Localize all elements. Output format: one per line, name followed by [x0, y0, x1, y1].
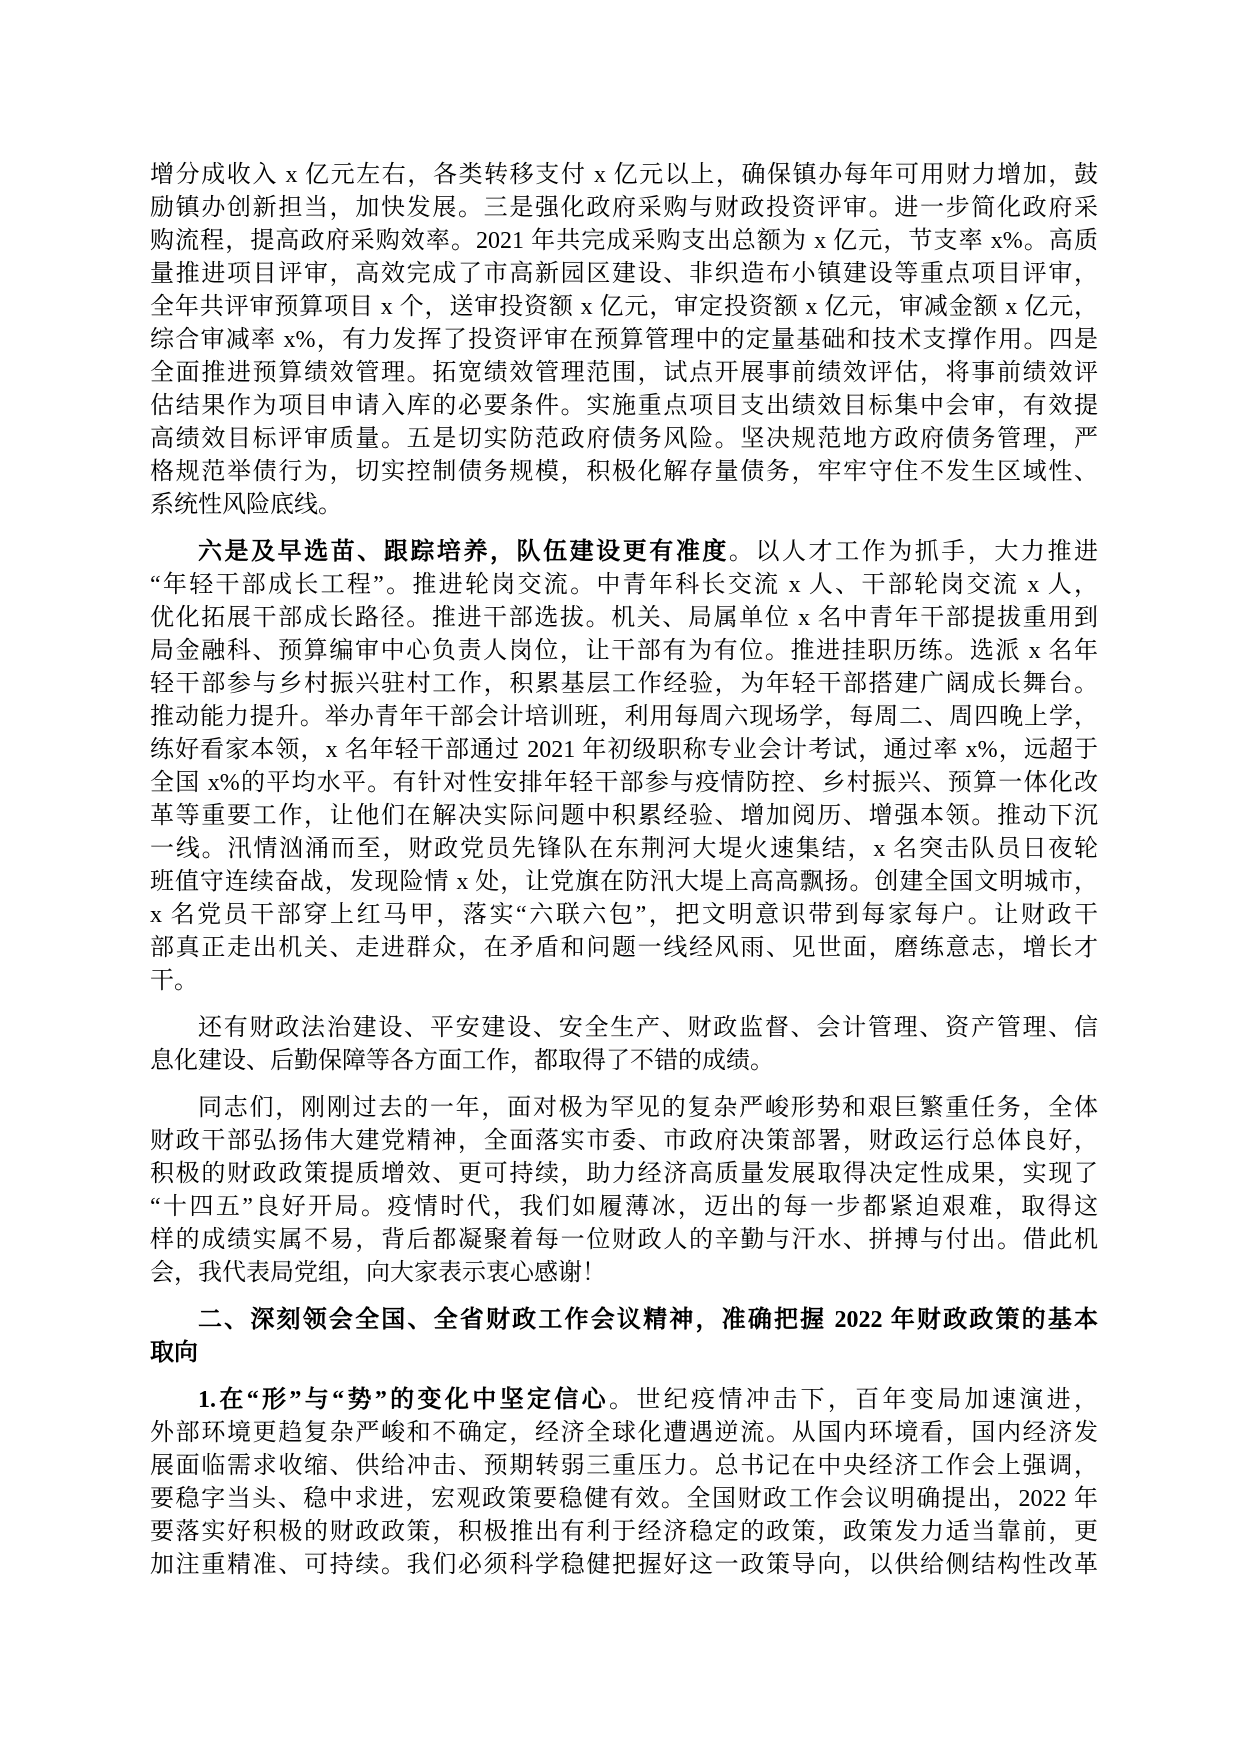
text-line: 加注重精准、可持续。我们必须科学稳健把握好这一政策导向，以供给侧结构性改革: [150, 1549, 1098, 1582]
text-run: 财政干部弘扬伟大建党精神，全面落实市委、市政府决策部署，财政运行总体良好，: [150, 1128, 1098, 1154]
text-run: 局金融科、预算编审中心负责人岗位，让干部有为有位。推进挂职历练。选派 x 名年: [150, 638, 1098, 664]
text-line: 外部环境更趋复杂严峻和不确定，经济全球化遭遇逆流。从国内环境看，国内经济发: [150, 1417, 1098, 1450]
text-line: 同志们，刚刚过去的一年，面对极为罕见的复杂严峻形势和艰巨繁重任务，全体: [150, 1092, 1098, 1125]
text-run: 。以人才工作为抓手，大力推进: [729, 539, 1098, 565]
text-line: 展面临需求收缩、供给冲击、预期转弱三重压力。总书记在中央经济工作会上强调，: [150, 1450, 1098, 1483]
text-run: “十四五”良好开局。疫情时代，我们如履薄冰，迈出的每一步都紧迫艰难，取得这: [150, 1194, 1098, 1220]
text-run: 班值守连续奋战，发现险情 x 处，让党旗在防汛大堤上高高飘扬。创建全国文明城市，: [150, 869, 1098, 895]
text-line: 会，我代表局党组，向大家表示衷心感谢！: [150, 1257, 1098, 1290]
text-line: “年轻干部成长工程”。推进轮岗交流。中青年科长交流 x 人、干部轮岗交流 x 人…: [150, 569, 1098, 602]
text-line: 高绩效目标评审质量。五是切实防范政府债务风险。坚决规范地方政府债务管理，严: [150, 423, 1098, 456]
text-run: 励镇办创新担当，加快发展。三是强化政府采购与财政投资评审。进一步简化政府采: [150, 195, 1098, 221]
text-line: 积极的财政政策提质增效、更可持续，助力经济高质量发展取得决定性成果，实现了: [150, 1158, 1098, 1191]
text-run: 高绩效目标评审质量。五是切实防范政府债务风险。坚决规范地方政府债务管理，严: [150, 426, 1098, 452]
text-line: 励镇办创新担当，加快发展。三是强化政府采购与财政投资评审。进一步简化政府采: [150, 192, 1098, 225]
text-run: “年轻干部成长工程”。推进轮岗交流。中青年科长交流 x 人、干部轮岗交流 x 人…: [150, 572, 1098, 598]
text-run: 息化建设、后勤保障等各方面工作，都取得了不错的成绩。: [150, 1048, 774, 1074]
text-line: 要落实好积极的财政政策，积极推出有利于经济稳定的政策，政策发力适当靠前，更: [150, 1516, 1098, 1549]
text-line: 取向: [150, 1337, 1098, 1370]
text-run: 格规范举债行为，切实控制债务规模，积极化解存量债务，牢牢守住不发生区域性、: [150, 459, 1098, 485]
text-line: 购流程，提高政府采购效率。2021 年共完成采购支出总额为 x 亿元，节支率 x…: [150, 225, 1098, 258]
text-run: 推动能力提升。举办青年干部会计培训班，利用每周六现场学，每周二、周四晚上学，: [150, 704, 1098, 730]
text-line: 班值守连续奋战，发现险情 x 处，让党旗在防汛大堤上高高飘扬。创建全国文明城市，: [150, 866, 1098, 899]
text-line: 部真正走出机关、走进群众，在矛盾和问题一线经风雨、见世面，磨练意志，增长才: [150, 932, 1098, 965]
text-run: 积极的财政政策提质增效、更可持续，助力经济高质量发展取得决定性成果，实现了: [150, 1161, 1098, 1187]
text-line: 息化建设、后勤保障等各方面工作，都取得了不错的成绩。: [150, 1045, 1098, 1078]
text-line: 轻干部参与乡村振兴驻村工作，积累基层工作经验，为年轻干部搭建广阔成长舞台。: [150, 668, 1098, 701]
text-run: 同志们，刚刚过去的一年，面对极为罕见的复杂严峻形势和艰巨繁重任务，全体: [198, 1095, 1098, 1121]
text-line: 革等重要工作，让他们在解决实际问题中积累经验、增加阅历、增强本领。推动下沉: [150, 800, 1098, 833]
text-line: 要稳字当头、稳中求进，宏观政策要稳健有效。全国财政工作会议明确提出，2022 年: [150, 1483, 1098, 1516]
paragraph-thanks-summary: 同志们，刚刚过去的一年，面对极为罕见的复杂严峻形势和艰巨繁重任务，全体财政干部弘…: [150, 1092, 1098, 1290]
paragraph-point-1-confidence: 1.在“形”与“势”的变化中坚定信心。世纪疫情冲击下，百年变局加速演进，外部环境…: [150, 1384, 1098, 1582]
document-page: 增分成收入 x 亿元左右，各类转移支付 x 亿元以上，确保镇办每年可用财力增加，…: [0, 0, 1240, 1754]
text-line: 六是及早选苗、跟踪培养，队伍建设更有准度。以人才工作为抓手，大力推进: [150, 536, 1098, 569]
text-run: 外部环境更趋复杂严峻和不确定，经济全球化遭遇逆流。从国内环境看，国内经济发: [150, 1420, 1098, 1446]
text-run: 优化拓展干部成长路径。推进干部选拔。机关、局属单位 x 名中青年干部提拔重用到: [150, 605, 1098, 631]
text-run: 系统性风险底线。: [150, 492, 342, 518]
text-line: “十四五”良好开局。疫情时代，我们如履薄冰，迈出的每一步都紧迫艰难，取得这: [150, 1191, 1098, 1224]
text-line: 练好看家本领，x 名年轻干部通过 2021 年初级职称专业会计考试，通过率 x%…: [150, 734, 1098, 767]
text-run: 会，我代表局党组，向大家表示衷心感谢！: [150, 1260, 606, 1286]
text-line: 综合审减率 x%，有力发挥了投资评审在预算管理中的定量基础和技术支撑作用。四是: [150, 324, 1098, 357]
text-line: 一线。汛情汹涌而至，财政党员先锋队在东荆河大堤火速集结，x 名突击队员日夜轮: [150, 833, 1098, 866]
bold-text-run: 1.在“形”与“势”的变化中坚定信心: [198, 1387, 609, 1413]
text-line: 局金融科、预算编审中心负责人岗位，让干部有为有位。推进挂职历练。选派 x 名年: [150, 635, 1098, 668]
heading-section-2: 二、深刻领会全国、全省财政工作会议精神，准确把握 2022 年财政政策的基本取向: [150, 1304, 1098, 1370]
text-line: 增分成收入 x 亿元左右，各类转移支付 x 亿元以上，确保镇办每年可用财力增加，…: [150, 159, 1098, 192]
text-line: 量推进项目评审，高效完成了市高新园区建设、非织造布小镇建设等重点项目评审，: [150, 258, 1098, 291]
text-run: 全国 x%的平均水平。有针对性安排年轻干部参与疫情防控、乡村振兴、预算一体化改: [150, 770, 1098, 796]
text-run: 全年共评审预算项目 x 个，送审投资额 x 亿元，审定投资额 x 亿元，审减金额…: [150, 294, 1098, 320]
text-run: 。世纪疫情冲击下，百年变局加速演进，: [609, 1387, 1098, 1413]
text-run: 增分成收入 x 亿元左右，各类转移支付 x 亿元以上，确保镇办每年可用财力增加，…: [150, 162, 1098, 188]
text-line: 干。: [150, 965, 1098, 998]
text-run: 全面推进预算绩效管理。拓宽绩效管理范围，试点开展事前绩效评估，将事前绩效评: [150, 360, 1098, 386]
text-line: 财政干部弘扬伟大建党精神，全面落实市委、市政府决策部署，财政运行总体良好，: [150, 1125, 1098, 1158]
text-line: 估结果作为项目申请入库的必要条件。实施重点项目支出绩效目标集中会审，有效提: [150, 390, 1098, 423]
text-line: 格规范举债行为，切实控制债务规模，积极化解存量债务，牢牢守住不发生区域性、: [150, 456, 1098, 489]
bold-text-run: 取向: [150, 1340, 198, 1366]
text-line: 全面推进预算绩效管理。拓宽绩效管理范围，试点开展事前绩效评估，将事前绩效评: [150, 357, 1098, 390]
text-run: 干。: [150, 968, 198, 994]
text-line: x 名党员干部穿上红马甲，落实“六联六包”，把文明意识带到每家每户。让财政干: [150, 899, 1098, 932]
text-run: 展面临需求收缩、供给冲击、预期转弱三重压力。总书记在中央经济工作会上强调，: [150, 1453, 1098, 1479]
bold-text-run: 二、深刻领会全国、全省财政工作会议精神，准确把握 2022 年财政政策的基本: [198, 1307, 1098, 1333]
text-run: 加注重精准、可持续。我们必须科学稳健把握好这一政策导向，以供给侧结构性改革: [150, 1552, 1098, 1578]
text-run: 综合审减率 x%，有力发挥了投资评审在预算管理中的定量基础和技术支撑作用。四是: [150, 327, 1098, 353]
text-run: 估结果作为项目申请入库的必要条件。实施重点项目支出绩效目标集中会审，有效提: [150, 393, 1098, 419]
text-run: 样的成绩实属不易，背后都凝聚着每一位财政人的辛勤与汗水、拼搏与付出。借此机: [150, 1227, 1098, 1253]
document-body: 增分成收入 x 亿元左右，各类转移支付 x 亿元以上，确保镇办每年可用财力增加，…: [150, 159, 1098, 1582]
text-run: 一线。汛情汹涌而至，财政党员先锋队在东荆河大堤火速集结，x 名突击队员日夜轮: [150, 836, 1098, 862]
text-run: 革等重要工作，让他们在解决实际问题中积累经验、增加阅历、增强本领。推动下沉: [150, 803, 1098, 829]
text-line: 还有财政法治建设、平安建设、安全生产、财政监督、会计管理、资产管理、信: [150, 1012, 1098, 1045]
text-line: 全年共评审预算项目 x 个，送审投资额 x 亿元，审定投资额 x 亿元，审减金额…: [150, 291, 1098, 324]
text-run: 部真正走出机关、走进群众，在矛盾和问题一线经风雨、见世面，磨练意志，增长才: [150, 935, 1098, 961]
text-run: x 名党员干部穿上红马甲，落实“六联六包”，把文明意识带到每家每户。让财政干: [150, 902, 1098, 928]
bold-text-run: 六是及早选苗、跟踪培养，队伍建设更有准度: [198, 539, 729, 565]
text-run: 练好看家本领，x 名年轻干部通过 2021 年初级职称专业会计考试，通过率 x%…: [150, 737, 1098, 763]
text-line: 二、深刻领会全国、全省财政工作会议精神，准确把握 2022 年财政政策的基本: [150, 1304, 1098, 1337]
text-line: 优化拓展干部成长路径。推进干部选拔。机关、局属单位 x 名中青年干部提拔重用到: [150, 602, 1098, 635]
text-run: 还有财政法治建设、平安建设、安全生产、财政监督、会计管理、资产管理、信: [198, 1015, 1098, 1041]
text-run: 要落实好积极的财政政策，积极推出有利于经济稳定的政策，政策发力适当靠前，更: [150, 1519, 1098, 1545]
text-line: 全国 x%的平均水平。有针对性安排年轻干部参与疫情防控、乡村振兴、预算一体化改: [150, 767, 1098, 800]
text-line: 推动能力提升。举办青年干部会计培训班，利用每周六现场学，每周二、周四晚上学，: [150, 701, 1098, 734]
text-run: 轻干部参与乡村振兴驻村工作，积累基层工作经验，为年轻干部搭建广阔成长舞台。: [150, 671, 1098, 697]
text-line: 系统性风险底线。: [150, 489, 1098, 522]
text-run: 要稳字当头、稳中求进，宏观政策要稳健有效。全国财政工作会议明确提出，2022 年: [150, 1486, 1098, 1512]
text-run: 购流程，提高政府采购效率。2021 年共完成采购支出总额为 x 亿元，节支率 x…: [150, 228, 1098, 254]
paragraph-measure-6-cadre-training: 六是及早选苗、跟踪培养，队伍建设更有准度。以人才工作为抓手，大力推进“年轻干部成…: [150, 536, 1098, 998]
text-line: 样的成绩实属不易，背后都凝聚着每一位财政人的辛勤与汗水、拼搏与付出。借此机: [150, 1224, 1098, 1257]
text-run: 量推进项目评审，高效完成了市高新园区建设、非织造布小镇建设等重点项目评审，: [150, 261, 1098, 287]
paragraph-measures-3-to-5: 增分成收入 x 亿元左右，各类转移支付 x 亿元以上，确保镇办每年可用财力增加，…: [150, 159, 1098, 522]
text-line: 1.在“形”与“势”的变化中坚定信心。世纪疫情冲击下，百年变局加速演进，: [150, 1384, 1098, 1417]
paragraph-other-work-achievements: 还有财政法治建设、平安建设、安全生产、财政监督、会计管理、资产管理、信息化建设、…: [150, 1012, 1098, 1078]
